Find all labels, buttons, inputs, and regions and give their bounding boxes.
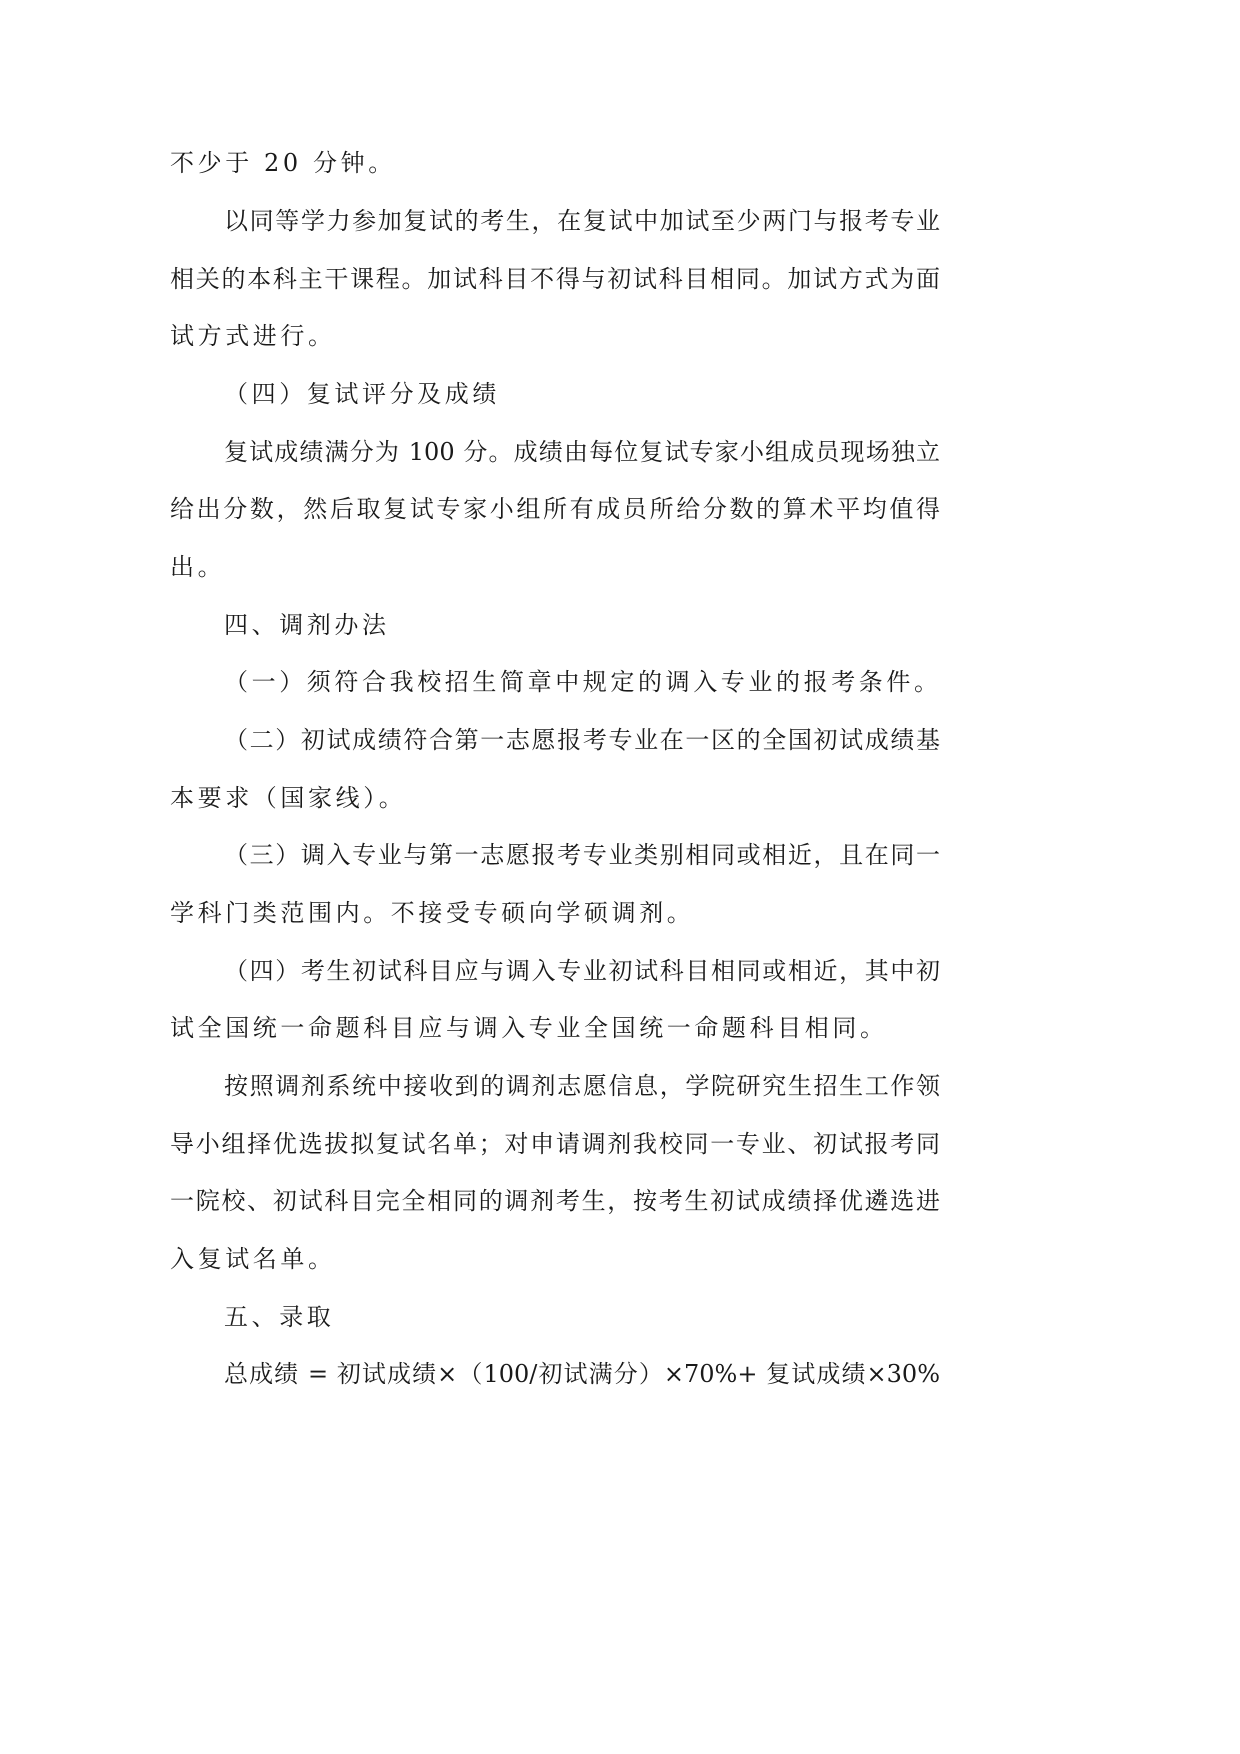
section-heading: 五、录取 [224, 1302, 1004, 1332]
text-line: 学科门类范围内。不接受专硕向学硕调剂。 [170, 898, 950, 928]
text-line: 入复试名单。 [170, 1244, 950, 1274]
text-line: 一院校、初试科目完全相同的调剂考生，按考生初试成绩择优遴选进 [170, 1186, 940, 1216]
text-line: 按照调剂系统中接收到的调剂志愿信息，学院研究生招生工作领 [224, 1071, 940, 1101]
text-line: 以同等学力参加复试的考生，在复试中加试至少两门与报考专业 [224, 206, 940, 236]
text-line: 出。 [170, 552, 950, 582]
text-line: 不少于 20 分钟。 [170, 148, 950, 178]
text-line: 复试成绩满分为 100 分。成绩由每位复试专家小组成员现场独立 [224, 437, 940, 467]
document-page: 不少于 20 分钟。 以同等学力参加复试的考生，在复试中加试至少两门与报考专业 … [0, 0, 1240, 1754]
formula-line: 总成绩 = 初试成绩×（100/初试满分）×70%+ 复试成绩×30% [224, 1359, 940, 1389]
section-heading: （四）复试评分及成绩 [224, 379, 1004, 409]
text-line: （三）调入专业与第一志愿报考专业类别相同或相近，且在同一 [224, 840, 940, 870]
text-line: 本要求（国家线）。 [170, 783, 950, 813]
text-line: 给出分数，然后取复试专家小组所有成员所给分数的算术平均值得 [170, 494, 940, 524]
text-line: （一）须符合我校招生简章中规定的调入专业的报考条件。 [224, 667, 1004, 697]
text-line: 试全国统一命题科目应与调入专业全国统一命题科目相同。 [170, 1013, 950, 1043]
text-line: （四）考生初试科目应与调入专业初试科目相同或相近，其中初 [224, 956, 940, 986]
text-line: 相关的本科主干课程。加试科目不得与初试科目相同。加试方式为面 [170, 264, 940, 294]
section-heading: 四、调剂办法 [224, 610, 1004, 640]
text-line: （二）初试成绩符合第一志愿报考专业在一区的全国初试成绩基 [224, 725, 940, 755]
text-line: 导小组择优选拔拟复试名单；对申请调剂我校同一专业、初试报考同 [170, 1129, 940, 1159]
text-line: 试方式进行。 [170, 321, 950, 351]
